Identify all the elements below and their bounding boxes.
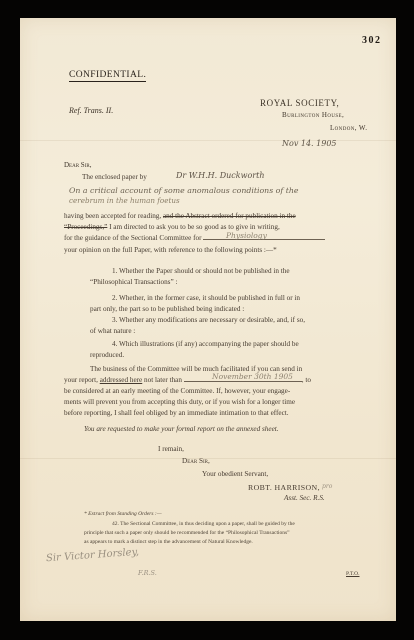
letterhead-city: London, W. — [330, 124, 367, 132]
handwritten-deadline: November 30th 1905 — [212, 372, 293, 381]
handwritten-date: Nov 14. 1905 — [282, 139, 337, 148]
body-line-4: your opinion on the full Paper, with ref… — [64, 246, 277, 254]
business-line-3: be considered at an early meeting of the… — [64, 387, 290, 395]
closing-dear-sir: Dear Sir, — [182, 457, 210, 465]
handwritten-paper-title-line1: On a critical account of some anomalous … — [69, 186, 299, 195]
fold-crease — [20, 140, 396, 141]
struck-text: and the Abstract ordered for publication… — [163, 212, 296, 220]
point-1-line2: “Philosophical Transactions” : — [90, 278, 177, 286]
business-line-4: ments will prevent you from accepting th… — [64, 398, 295, 406]
enclosed-paper-label: The enclosed paper by — [82, 173, 147, 181]
deadline-blank — [184, 381, 302, 382]
letterhead-organisation: ROYAL SOCIETY, — [260, 98, 339, 108]
footnote-heading: * Extract from Standing Orders :— — [84, 511, 162, 517]
point-2-line1: 2. Whether, in the former case, it shoul… — [112, 294, 300, 302]
report-request: You are requested to make your formal re… — [84, 425, 279, 433]
footnote-line-2: principle that such a paper only should … — [84, 530, 290, 536]
closing-servant: Your obedient Servant, — [202, 470, 268, 478]
point-2-line2: part only, the part so to be published b… — [90, 305, 244, 313]
handwritten-author: Dr W.H.H. Duckworth — [176, 171, 264, 180]
signature-pencil-note: pro — [322, 483, 332, 490]
confidential-heading: CONFIDENTIAL. — [69, 70, 146, 82]
footnote-line-3: as appears to mark a distinct step in th… — [84, 539, 253, 545]
closing-remain: I remain, — [158, 445, 184, 453]
point-4-line2: reproduced. — [90, 351, 124, 359]
struck-text: “Proceedings,” — [64, 223, 107, 231]
reference: Ref. Trans. II. — [69, 106, 113, 115]
salutation: Dear Sir, — [64, 161, 91, 169]
handwritten-paper-title-line2: cerebrum in the human foetus — [69, 196, 180, 205]
underlined-text: addressed here — [100, 376, 143, 384]
letterhead-building: Burlington House, — [282, 111, 344, 119]
footnote-line-1: 42. The Sectional Committee, in thus dec… — [112, 521, 295, 527]
handwritten-recipient: Sir Victor Horsley, — [46, 547, 140, 564]
recipient-suffix: F.R.S. — [138, 569, 157, 577]
body-line-2: “Proceedings,” I am directed to ask you … — [64, 223, 280, 231]
point-3-line1: 3. Whether any modifications are necessa… — [112, 316, 305, 324]
pto-note: P.T.O. — [346, 571, 360, 577]
signature-name: ROBT. HARRISON, — [248, 483, 320, 492]
body-line-1: having been accepted for reading, and th… — [64, 212, 296, 220]
signature-title: Asst. Sec. R.S. — [284, 494, 325, 502]
page-number: 302 — [362, 35, 382, 46]
point-3-line2: of what nature : — [90, 327, 135, 335]
document-page: 302 CONFIDENTIAL. Ref. Trans. II. ROYAL … — [20, 18, 396, 621]
handwritten-committee: Physiology — [226, 231, 267, 240]
business-line-5: before reporting, I shall feel obliged b… — [64, 409, 289, 417]
point-1-line1: 1. Whether the Paper should or should no… — [112, 267, 290, 275]
point-4-line1: 4. Which illustrations (if any) accompan… — [112, 340, 299, 348]
body-line-3: for the guidance of the Sectional Commit… — [64, 234, 325, 242]
